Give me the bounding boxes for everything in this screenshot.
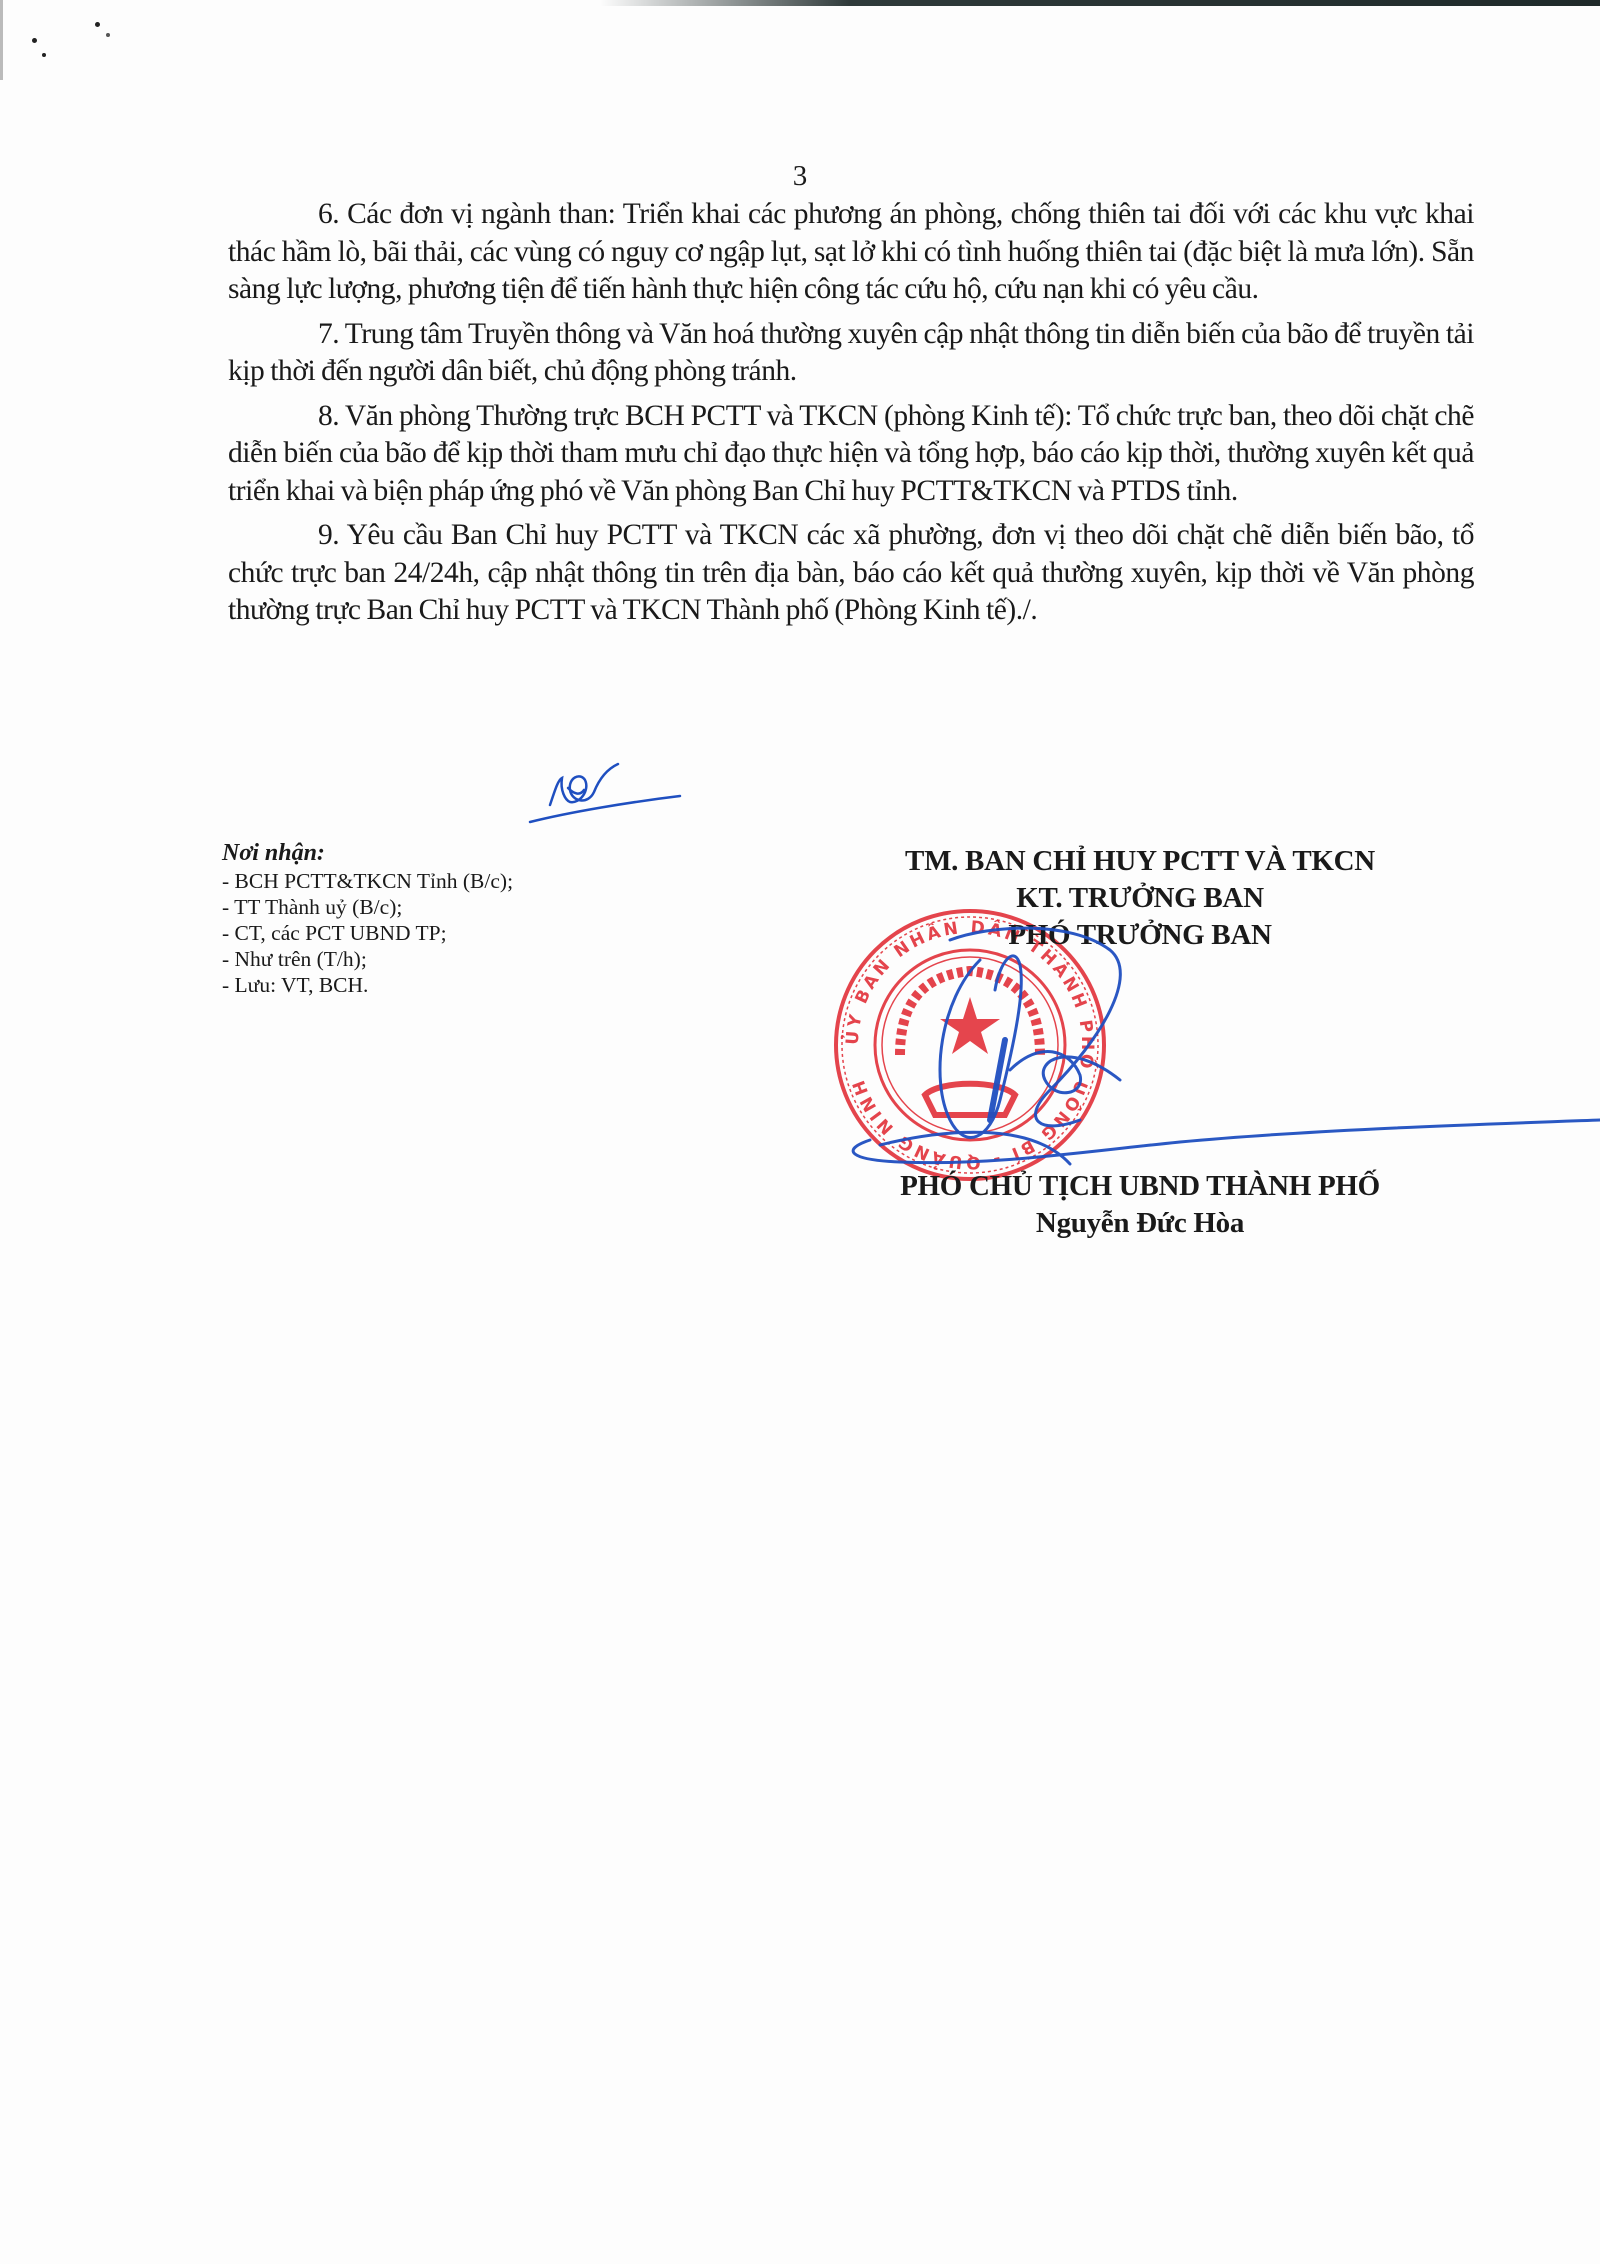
signer-position: PHÓ CHỦ TỊCH UBND THÀNH PHỐ bbox=[790, 1168, 1490, 1205]
paragraph-item-9: 9. Yêu cầu Ban Chỉ huy PCTT và TKCN các … bbox=[228, 517, 1474, 630]
scan-speck bbox=[32, 38, 37, 43]
signer-block: PHÓ CHỦ TỊCH UBND THÀNH PHỐ Nguyễn Đức H… bbox=[790, 1168, 1490, 1242]
scan-edge-shadow bbox=[600, 0, 1600, 6]
recipient-item: - Như trên (T/h); bbox=[222, 946, 513, 972]
paragraph-item-7: 7. Trung tâm Truyền thông và Văn hoá thư… bbox=[228, 316, 1474, 391]
signature-authority-line: KT. TRƯỞNG BAN bbox=[790, 880, 1490, 917]
recipients-block: Nơi nhận: - BCH PCTT&TKCN Tỉnh (B/c); - … bbox=[222, 838, 513, 998]
recipient-item: - BCH PCTT&TKCN Tỉnh (B/c); bbox=[222, 868, 513, 894]
signature-org-line: TM. BAN CHỈ HUY PCTT VÀ TKCN bbox=[790, 843, 1490, 880]
scan-speck bbox=[106, 33, 110, 37]
paragraph-item-6: 6. Các đơn vị ngành than: Triển khai các… bbox=[228, 196, 1474, 309]
recipient-item: - TT Thành uỷ (B/c); bbox=[222, 894, 513, 920]
page-number: 3 bbox=[0, 160, 1600, 193]
recipients-title: Nơi nhận: bbox=[222, 838, 513, 868]
scan-speck bbox=[95, 22, 100, 27]
recipient-item: - Lưu: VT, BCH. bbox=[222, 972, 513, 998]
handwritten-signature bbox=[840, 920, 1600, 1180]
scan-edge-left bbox=[0, 0, 3, 80]
scan-speck bbox=[42, 53, 46, 57]
signer-name: Nguyễn Đức Hòa bbox=[790, 1205, 1490, 1242]
document-body: 6. Các đơn vị ngành than: Triển khai các… bbox=[228, 196, 1474, 637]
recipient-item: - CT, các PCT UBND TP; bbox=[222, 920, 513, 946]
paragraph-item-8: 8. Văn phòng Thường trực BCH PCTT và TKC… bbox=[228, 398, 1474, 511]
initial-signature bbox=[510, 760, 690, 830]
